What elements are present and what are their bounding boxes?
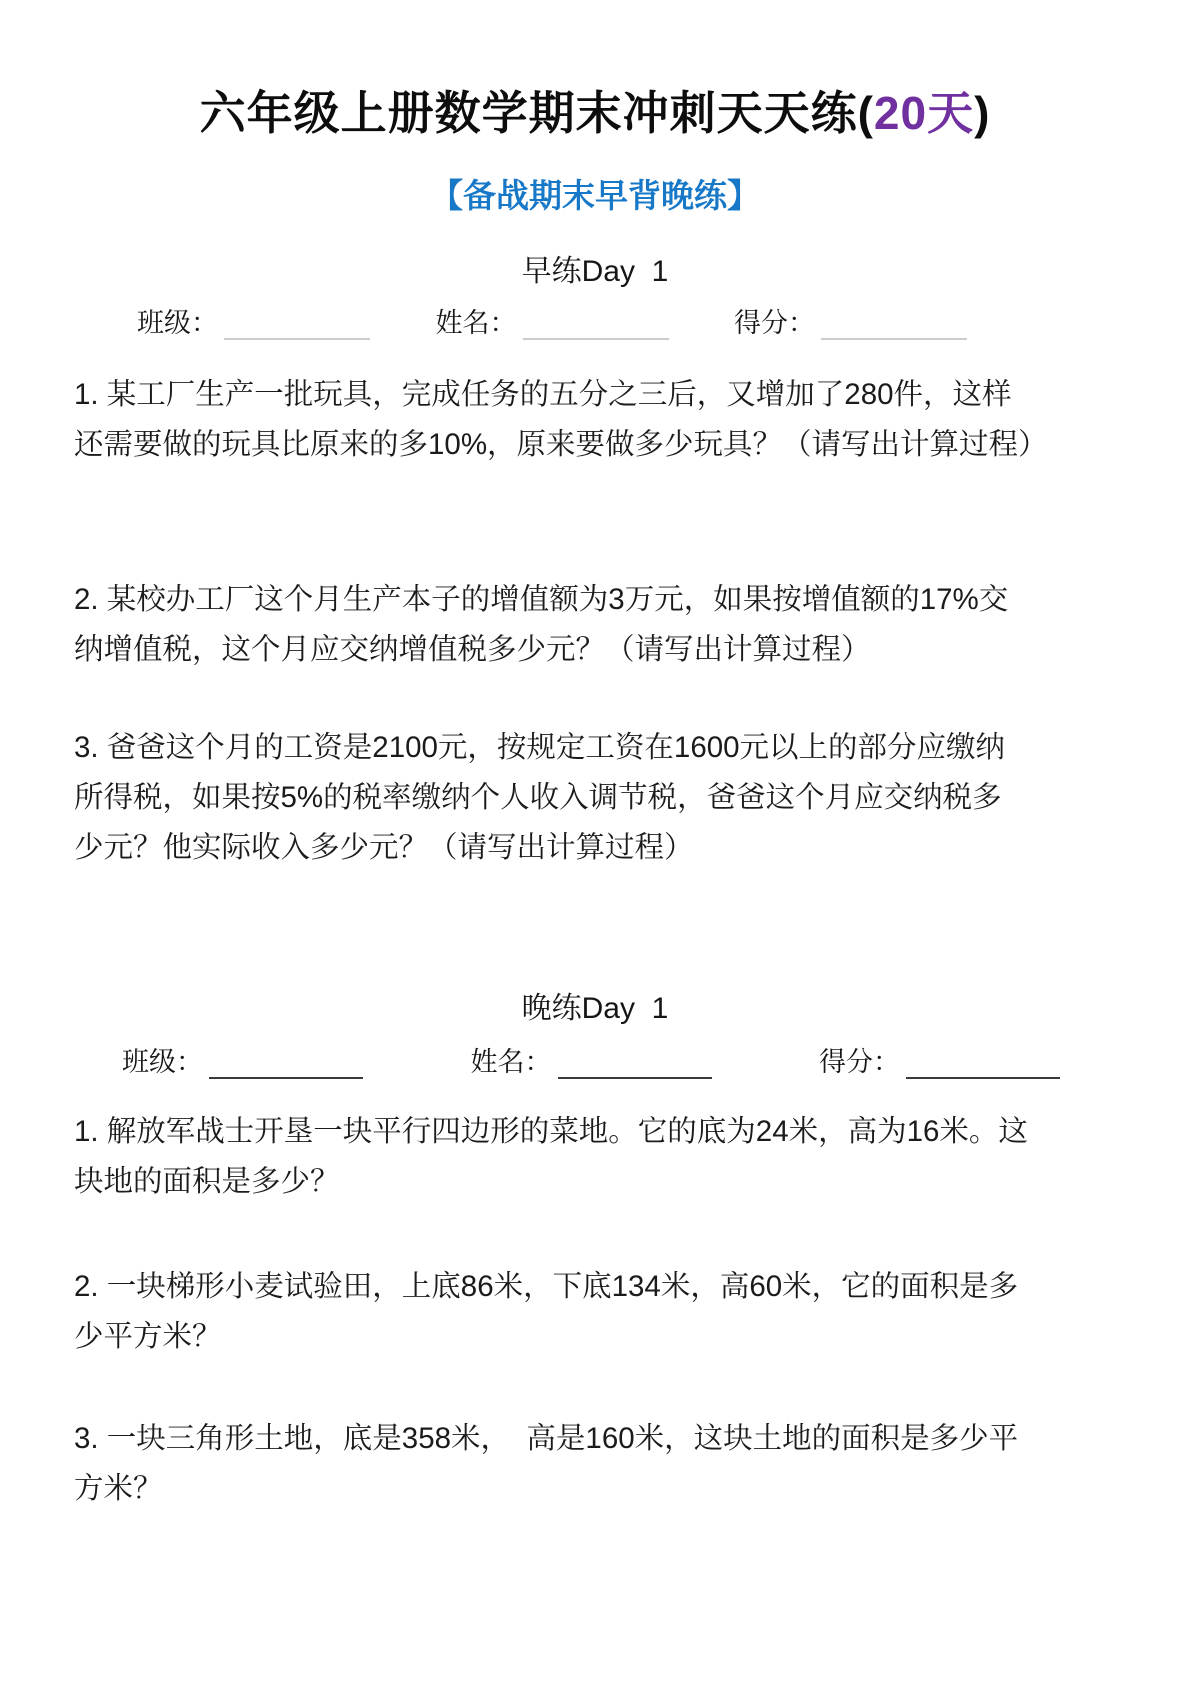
class-blank-line [209, 1049, 363, 1079]
problem-text-line: 2. 一块梯形小麦试验田，上底86米，下底134米，高60米，它的面积是多 [74, 1262, 1116, 1312]
problem-text-line: 少元？他实际收入多少元？（请写出计算过程） [74, 823, 1116, 873]
name-field: 姓名： [471, 1040, 712, 1079]
problem-text-line: 块地的面积是多少？ [74, 1157, 1116, 1207]
problem-text-line: 1. 某工厂生产一批玩具，完成任务的五分之三后，又增加了280件，这样 [74, 370, 1116, 420]
class-field: 班级： [122, 1040, 363, 1079]
name-field: 姓名： [436, 301, 669, 340]
problem-text-line: 少平方米？ [74, 1312, 1116, 1362]
score-blank-line [821, 310, 967, 340]
evening-problem-3: 3. 一块三角形土地，底是358米， 高是160米，这块土地的面积是多少平 方米… [0, 1414, 1190, 1514]
evening-problem-1: 1. 解放军战士开垦一块平行四边形的菜地。它的底为24米，高为16米。这 块地的… [0, 1107, 1190, 1207]
problem-text-line: 3. 爸爸这个月的工资是2100元，按规定工资在1600元以上的部分应缴纳 [74, 723, 1116, 773]
page-title-highlight: 20天 [874, 87, 974, 139]
worksheet-page: 六年级上册数学期末冲刺天天练(20天) 【备战期末早背晚练】 早练Day 1 班… [0, 0, 1190, 1684]
class-blank-line [224, 310, 370, 340]
score-field: 得分： [734, 301, 967, 340]
page-title-suffix: ) [974, 87, 990, 139]
page-title-prefix: 六年级上册数学期末冲刺天天练( [200, 87, 874, 139]
score-label: 得分： [819, 1040, 900, 1079]
problem-text-line: 方米？ [74, 1464, 1116, 1514]
info-fields-evening: 班级： 姓名： 得分： [122, 1045, 1060, 1079]
info-fields-morning: 班级： 姓名： 得分： [137, 306, 967, 340]
name-blank-line [523, 310, 669, 340]
section-heading-morning: 早练Day 1 [0, 254, 1190, 290]
section-heading-evening: 晚练Day 1 [0, 991, 1190, 1027]
problem-text-line: 2. 某校办工厂这个月生产本子的增值额为3万元，如果按增值额的17%交 [74, 575, 1116, 625]
name-blank-line [558, 1049, 712, 1079]
score-field: 得分： [819, 1040, 1060, 1079]
name-label: 姓名： [436, 301, 517, 340]
problem-text-line: 纳增值税，这个月应交纳增值税多少元？（请写出计算过程） [74, 625, 1116, 675]
score-label: 得分： [734, 301, 815, 340]
problem-text-line: 还需要做的玩具比原来的多10%，原来要做多少玩具？（请写出计算过程） [74, 420, 1116, 470]
score-blank-line [906, 1049, 1060, 1079]
page-subtitle: 【备战期末早背晚练】 [0, 176, 1190, 216]
evening-problem-2: 2. 一块梯形小麦试验田，上底86米，下底134米，高60米，它的面积是多 少平… [0, 1262, 1190, 1362]
page-title: 六年级上册数学期末冲刺天天练(20天) [0, 84, 1190, 142]
morning-problem-2: 2. 某校办工厂这个月生产本子的增值额为3万元，如果按增值额的17%交 纳增值税… [0, 575, 1190, 675]
class-label: 班级： [122, 1040, 203, 1079]
problem-text-line: 1. 解放军战士开垦一块平行四边形的菜地。它的底为24米，高为16米。这 [74, 1107, 1116, 1157]
problem-text-line: 所得税，如果按5%的税率缴纳个人收入调节税，爸爸这个月应交纳税多 [74, 773, 1116, 823]
morning-problem-1: 1. 某工厂生产一批玩具，完成任务的五分之三后，又增加了280件，这样 还需要做… [0, 370, 1190, 470]
name-label: 姓名： [471, 1040, 552, 1079]
class-label: 班级： [137, 301, 218, 340]
problem-text-line: 3. 一块三角形土地，底是358米， 高是160米，这块土地的面积是多少平 [74, 1414, 1116, 1464]
class-field: 班级： [137, 301, 370, 340]
morning-problem-3: 3. 爸爸这个月的工资是2100元，按规定工资在1600元以上的部分应缴纳 所得… [0, 723, 1190, 873]
